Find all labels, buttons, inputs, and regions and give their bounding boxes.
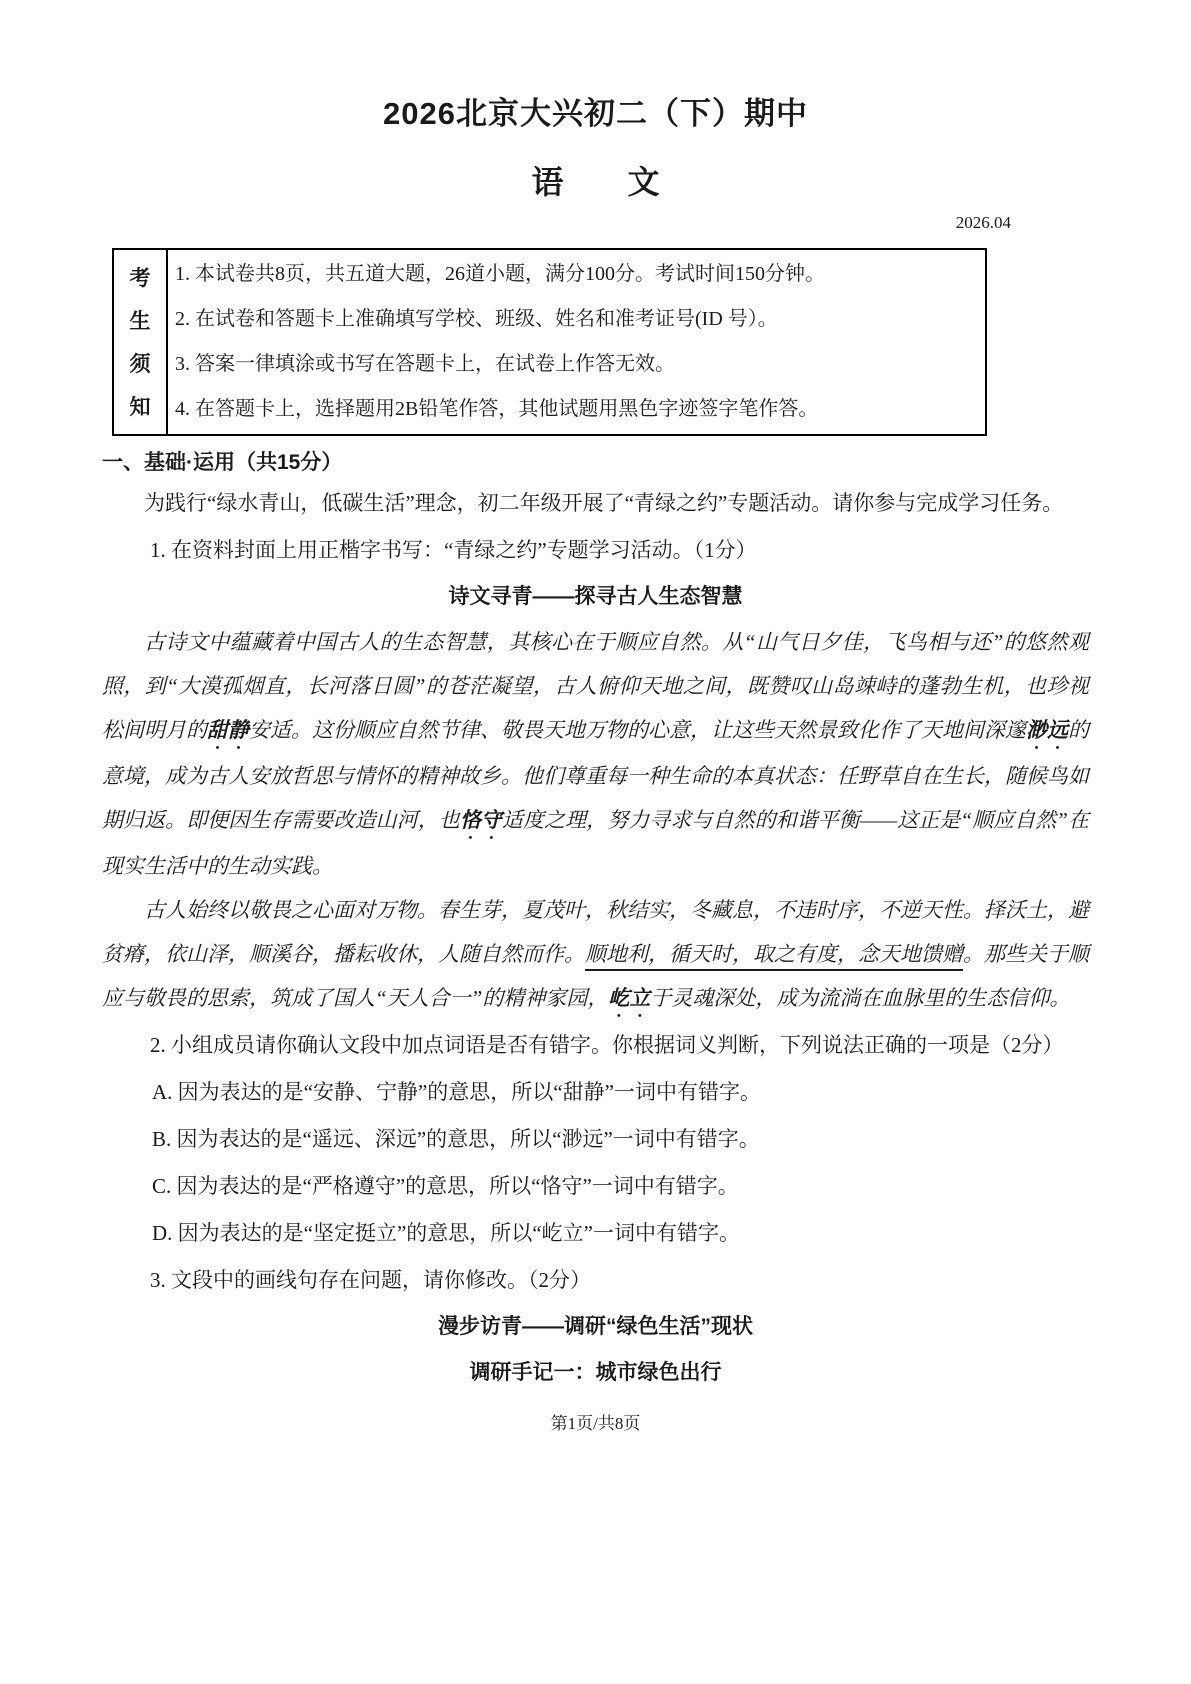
question-2: 2. 小组成员请你确认文段中加点词语是否有错字。你根据词义判断，下列说法正确的一…: [102, 1022, 1089, 1069]
passage-paragraph-1: 古诗文中蕴藏着中国古人的生态智慧，其核心在于顺应自然。从“山气日夕佳，飞鸟相与还…: [102, 620, 1089, 888]
page-footer: 第1页/共8页: [102, 1412, 1089, 1436]
notice-item: 4. 在答题卡上，选择题用2B铅笔作答，其他试题用黑色字迹签字笔作答。: [175, 387, 981, 432]
notice-side-char: 知: [130, 395, 151, 419]
underlined-sentence: 顺地利，循天时，取之有度，念天地馈赠: [585, 942, 963, 966]
question-3: 3. 文段中的画线句存在问题，请你修改。（2分）: [102, 1257, 1089, 1304]
exam-title: 2026北京大兴初二（下）期中: [102, 96, 1089, 132]
subject-title: 语 文: [102, 164, 1089, 200]
question-2-options: A. 因为表达的是“安静、宁静”的意思，所以“甜静”一词中有错字。 B. 因为表…: [102, 1069, 1089, 1257]
section-heading: 一、基础·运用（共15分）: [102, 446, 1089, 480]
dotted-term-tianjing: 甜静: [207, 718, 249, 742]
candidate-notice-table: 考 生 须 知 1. 本试卷共8页，共五道大题，26道小题，满分100分。考试时…: [112, 248, 987, 436]
question-2-option-d: D. 因为表达的是“坚定挺立”的意思，所以“屹立”一词中有错字。: [102, 1210, 1089, 1257]
exam-paper-page: 2026北京大兴初二（下）期中 语 文 2026.04 考 生 须 知 1. 本…: [0, 0, 1191, 1684]
notice-side-char: 考: [130, 266, 151, 290]
notice-side-label: 考 生 须 知: [114, 250, 168, 434]
notice-side-char: 须: [130, 352, 151, 376]
intro-paragraph: 为践行“绿水青山，低碳生活”理念，初二年级开展了“青绿之约”专题活动。请你参与完…: [102, 480, 1089, 527]
survey-section-heading: 漫步访青——调研“绿色生活”现状: [102, 1304, 1089, 1350]
dotted-term-miaoyuan: 渺远: [1026, 718, 1068, 742]
passage-title: 诗文寻青——探寻古人生态智慧: [102, 574, 1089, 620]
passage-paragraph-2: 古人始终以敬畏之心面对万物。春生芽，夏茂叶，秋结实，冬藏息，不违时序，不逆天性。…: [102, 888, 1089, 1022]
question-2-option-c: C. 因为表达的是“严格遵守”的意思，所以“恪守”一词中有错字。: [102, 1163, 1089, 1210]
notice-side-char: 生: [130, 309, 151, 333]
passage-text: 安适。这份顺应自然节律、敬畏天地万物的心意，让这些天然景致化作了天地间深邃: [249, 718, 1026, 742]
question-2-option-a: A. 因为表达的是“安静、宁静”的意思，所以“甜静”一词中有错字。: [102, 1069, 1089, 1116]
passage: 古诗文中蕴藏着中国古人的生态智慧，其核心在于顺应自然。从“山气日夕佳，飞鸟相与还…: [102, 620, 1089, 1022]
notice-item: 1. 本试卷共8页，共五道大题，26道小题，满分100分。考试时间150分钟。: [175, 252, 981, 297]
notice-items: 1. 本试卷共8页，共五道大题，26道小题，满分100分。考试时间150分钟。 …: [168, 250, 985, 434]
exam-date: 2026.04: [102, 212, 1089, 234]
notice-item: 3. 答案一律填涂或书写在答题卡上，在试卷上作答无效。: [175, 342, 981, 387]
dotted-term-yili: 屹立: [608, 986, 650, 1010]
notice-item: 2. 在试卷和答题卡上准确填写学校、班级、姓名和准考证号(ID 号）。: [175, 297, 981, 342]
survey-note-heading: 调研手记一：城市绿色出行: [102, 1350, 1089, 1396]
question-2-option-b: B. 因为表达的是“遥远、深远”的意思，所以“渺远”一词中有错字。: [102, 1116, 1089, 1163]
dotted-term-keshou: 恪守: [460, 808, 502, 832]
passage-text: 于灵魂深处，成为流淌在血脉里的生态信仰。: [650, 986, 1070, 1010]
question-1: 1. 在资料封面上用正楷字书写：“青绿之约”专题学习活动。（1分）: [102, 527, 1089, 574]
